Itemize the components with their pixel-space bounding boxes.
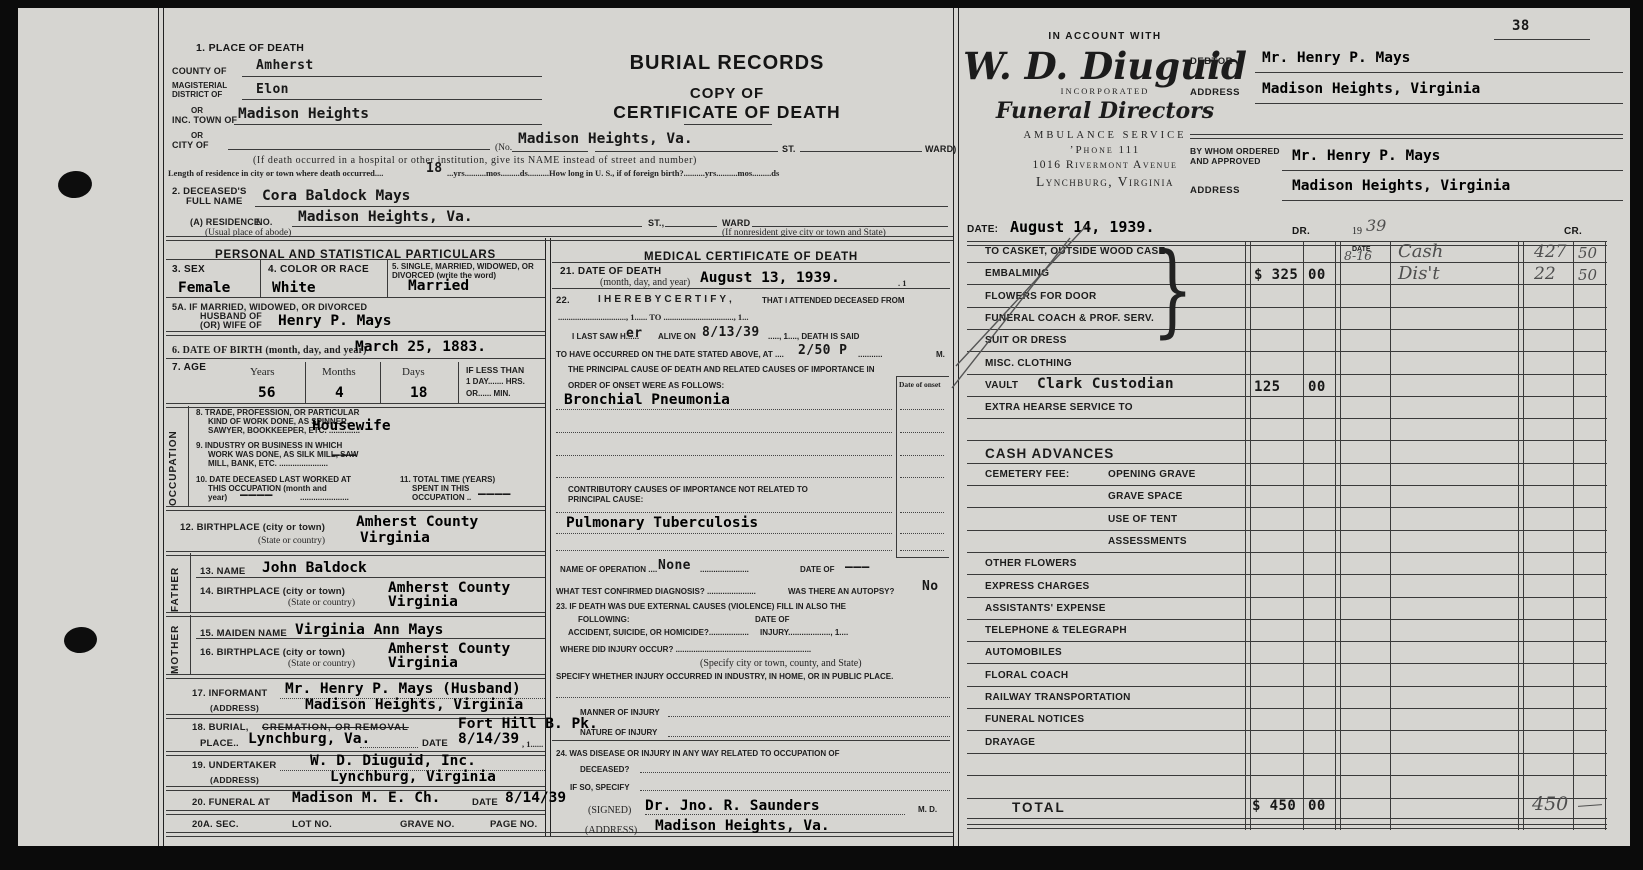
paid-slash-marks (0, 0, 1643, 870)
scanned-document: 1. PLACE OF DEATH COUNTY OF Amherst MAGI… (0, 0, 1643, 870)
total-dr-dollars: $ 450 (1252, 798, 1296, 814)
ledger-bottom-double (967, 824, 1607, 829)
total-cr-value: 450 (1532, 793, 1568, 815)
total-dr-cents: 00 (1308, 798, 1326, 814)
total-label: TOTAL (1012, 800, 1066, 815)
total-under-line (967, 818, 1607, 819)
